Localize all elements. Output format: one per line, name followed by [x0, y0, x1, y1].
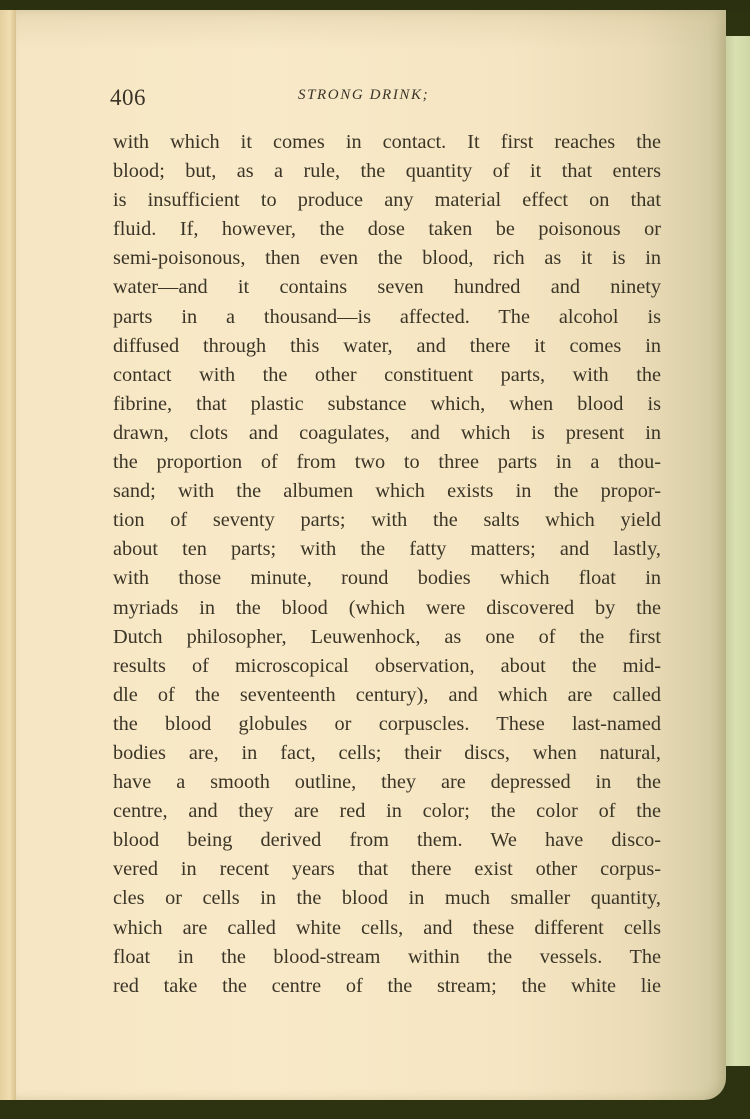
text-line: is insufficient to produce any material …: [113, 186, 661, 215]
text-line: blood being derived from them. We have d…: [113, 826, 661, 855]
text-line: float in the blood-stream within the ves…: [113, 943, 661, 972]
text-line: sand; with the albumen which exists in t…: [113, 477, 661, 506]
text-line: about ten parts; with the fatty matters;…: [113, 535, 661, 564]
text-line: centre, and they are red in color; the c…: [113, 797, 661, 826]
page-number: 406: [110, 85, 146, 111]
text-line: water—and it contains seven hundred and …: [113, 273, 661, 302]
text-line: diffused through this water, and there i…: [113, 332, 661, 361]
text-line: fibrine, that plastic substance which, w…: [113, 390, 661, 419]
text-line: cles or cells in the blood in much small…: [113, 884, 661, 913]
text-line: have a smooth outline, they are depresse…: [113, 768, 661, 797]
page-stack-edge: [0, 10, 17, 1100]
text-line: results of microscopical observation, ab…: [113, 652, 661, 681]
text-line: drawn, clots and coagulates, and which i…: [113, 419, 661, 448]
text-line: tion of seventy parts; with the salts wh…: [113, 506, 661, 535]
text-line: the blood globules or corpuscles. These …: [113, 710, 661, 739]
text-line: bodies are, in fact, cells; their discs,…: [113, 739, 661, 768]
text-line: with those minute, round bodies which fl…: [113, 564, 661, 593]
text-line: blood; but, as a rule, the quantity of i…: [113, 157, 661, 186]
text-line: vered in recent years that there exist o…: [113, 855, 661, 884]
text-line: fluid. If, however, the dose taken be po…: [113, 215, 661, 244]
text-line: which are called white cells, and these …: [113, 914, 661, 943]
text-line: dle of the seventeenth century), and whi…: [113, 681, 661, 710]
body-text: with which it comes in contact. It first…: [113, 128, 661, 1001]
running-head: 406 STRONG DRINK;: [110, 85, 650, 115]
text-line: with which it comes in contact. It first…: [113, 128, 661, 157]
text-line: Dutch philosopher, Leuwenhock, as one of…: [113, 623, 661, 652]
text-line: parts in a thousand—is affected. The alc…: [113, 303, 661, 332]
next-page-edge: [726, 36, 750, 1066]
text-line: contact with the other constituent parts…: [113, 361, 661, 390]
text-line: red take the centre of the stream; the w…: [113, 972, 661, 1001]
text-line: myriads in the blood (which were discove…: [113, 594, 661, 623]
text-line: semi-poisonous, then even the blood, ric…: [113, 244, 661, 273]
running-title: STRONG DRINK;: [298, 87, 429, 104]
text-line: the proportion of from two to three part…: [113, 448, 661, 477]
